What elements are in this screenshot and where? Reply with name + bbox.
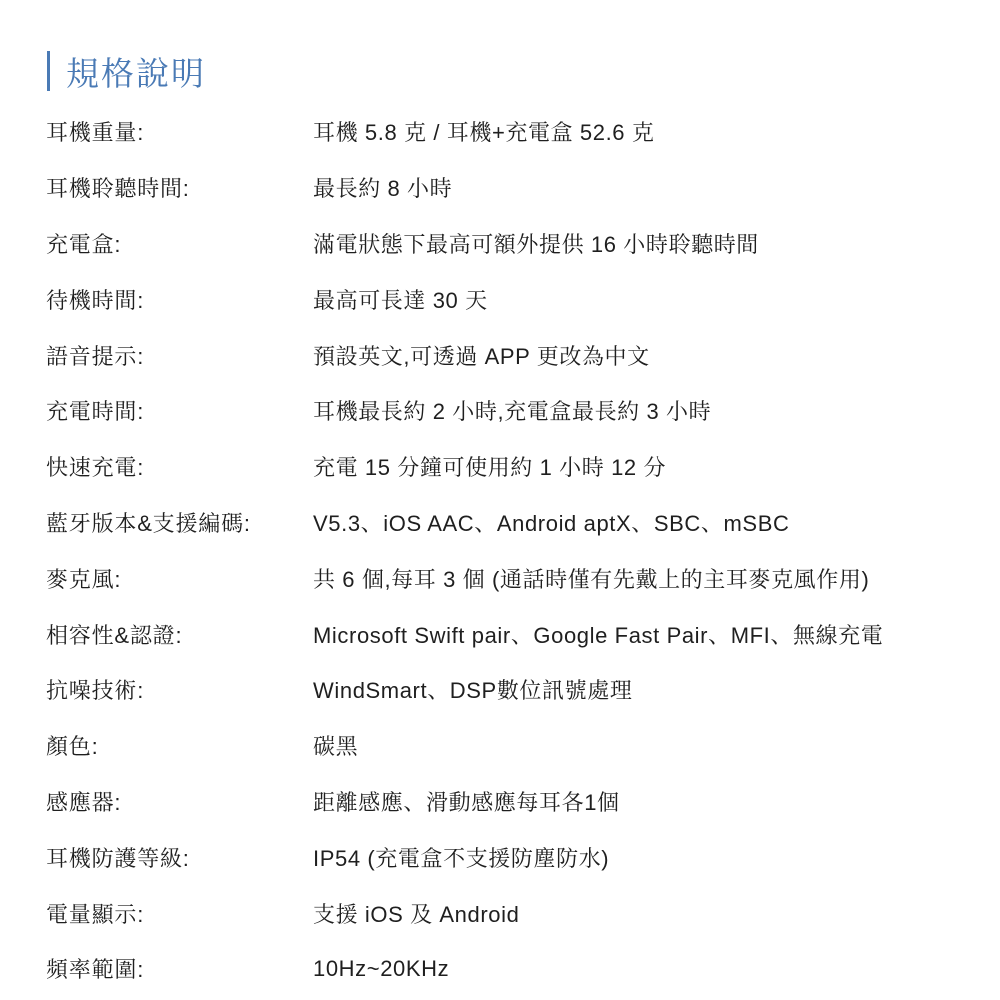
spec-row: 電量顯示: 支援 iOS 及 Android <box>46 885 976 941</box>
spec-label: 耳機聆聽時間: <box>46 172 313 203</box>
spec-label: 頻率範圍: <box>46 953 313 984</box>
spec-label: 顏色: <box>46 730 313 761</box>
spec-row: 耳機重量: 耳機 5.8 克 / 耳機+充電盒 52.6 克 <box>46 104 976 160</box>
spec-value: 支援 iOS 及 Android <box>313 898 519 929</box>
spec-value: 耳機 5.8 克 / 耳機+充電盒 52.6 克 <box>313 116 654 147</box>
spec-label: 抗噪技術: <box>46 674 313 705</box>
spec-label: 耳機重量: <box>46 116 313 147</box>
spec-value: 碳黑 <box>313 730 358 761</box>
spec-label: 電量顯示: <box>46 898 313 929</box>
spec-label: 充電盒: <box>46 228 313 259</box>
spec-row: 快速充電: 充電 15 分鐘可使用約 1 小時 12 分 <box>46 439 976 495</box>
spec-label: 藍牙版本&支援編碼: <box>46 507 313 538</box>
spec-value: 最高可長達 30 天 <box>313 284 488 315</box>
spec-row: 充電盒: 滿電狀態下最高可額外提供 16 小時聆聽時間 <box>46 216 976 272</box>
spec-label: 快速充電: <box>46 451 313 482</box>
spec-row: 抗噪技術: WindSmart、DSP數位訊號處理 <box>46 662 976 718</box>
spec-value: V5.3、iOS AAC、Android aptX、SBC、mSBC <box>313 507 789 538</box>
spec-value: 共 6 個,每耳 3 個 (通話時僅有先戴上的主耳麥克風作用) <box>313 563 869 594</box>
title-accent-bar <box>47 51 50 91</box>
spec-label: 感應器: <box>46 786 313 817</box>
spec-value: WindSmart、DSP數位訊號處理 <box>313 674 632 705</box>
spec-row: 相容性&認證: Microsoft Swift pair、Google Fast… <box>46 606 976 662</box>
spec-value: 充電 15 分鐘可使用約 1 小時 12 分 <box>313 451 666 482</box>
spec-value: 預設英文,可透過 APP 更改為中文 <box>313 340 650 371</box>
page-title: 規格說明 <box>66 48 206 95</box>
spec-row: 語音提示: 預設英文,可透過 APP 更改為中文 <box>46 327 976 383</box>
spec-section: 規格說明 耳機重量: 耳機 5.8 克 / 耳機+充電盒 52.6 克 耳機聆聽… <box>46 48 976 997</box>
spec-value: 距離感應、滑動感應每耳各1個 <box>313 786 620 817</box>
spec-label: 相容性&認證: <box>46 619 313 650</box>
spec-label: 耳機防護等級: <box>46 842 313 873</box>
spec-value: 最長約 8 小時 <box>313 172 452 203</box>
spec-row: 顏色: 碳黑 <box>46 718 976 774</box>
spec-row: 麥克風: 共 6 個,每耳 3 個 (通話時僅有先戴上的主耳麥克風作用) <box>46 550 976 606</box>
spec-value: IP54 (充電盒不支援防塵防水) <box>313 842 609 873</box>
spec-label: 待機時間: <box>46 284 313 315</box>
spec-row: 頻率範圍: 10Hz~20KHz <box>46 941 976 997</box>
spec-row: 耳機防護等級: IP54 (充電盒不支援防塵防水) <box>46 829 976 885</box>
spec-row: 充電時間: 耳機最長約 2 小時,充電盒最長約 3 小時 <box>46 383 976 439</box>
spec-value: 耳機最長約 2 小時,充電盒最長約 3 小時 <box>313 395 711 426</box>
spec-row: 感應器: 距離感應、滑動感應每耳各1個 <box>46 774 976 830</box>
spec-value: 10Hz~20KHz <box>313 956 449 982</box>
spec-row: 藍牙版本&支援編碼: V5.3、iOS AAC、Android aptX、SBC… <box>46 495 976 551</box>
section-header: 規格說明 <box>46 48 976 94</box>
spec-value: 滿電狀態下最高可額外提供 16 小時聆聽時間 <box>313 228 759 259</box>
spec-label: 麥克風: <box>46 563 313 594</box>
spec-row: 耳機聆聽時間: 最長約 8 小時 <box>46 160 976 216</box>
spec-label: 語音提示: <box>46 340 313 371</box>
spec-label: 充電時間: <box>46 395 313 426</box>
spec-list: 耳機重量: 耳機 5.8 克 / 耳機+充電盒 52.6 克 耳機聆聽時間: 最… <box>46 104 976 997</box>
spec-row: 待機時間: 最高可長達 30 天 <box>46 271 976 327</box>
spec-value: Microsoft Swift pair、Google Fast Pair、MF… <box>313 619 883 650</box>
